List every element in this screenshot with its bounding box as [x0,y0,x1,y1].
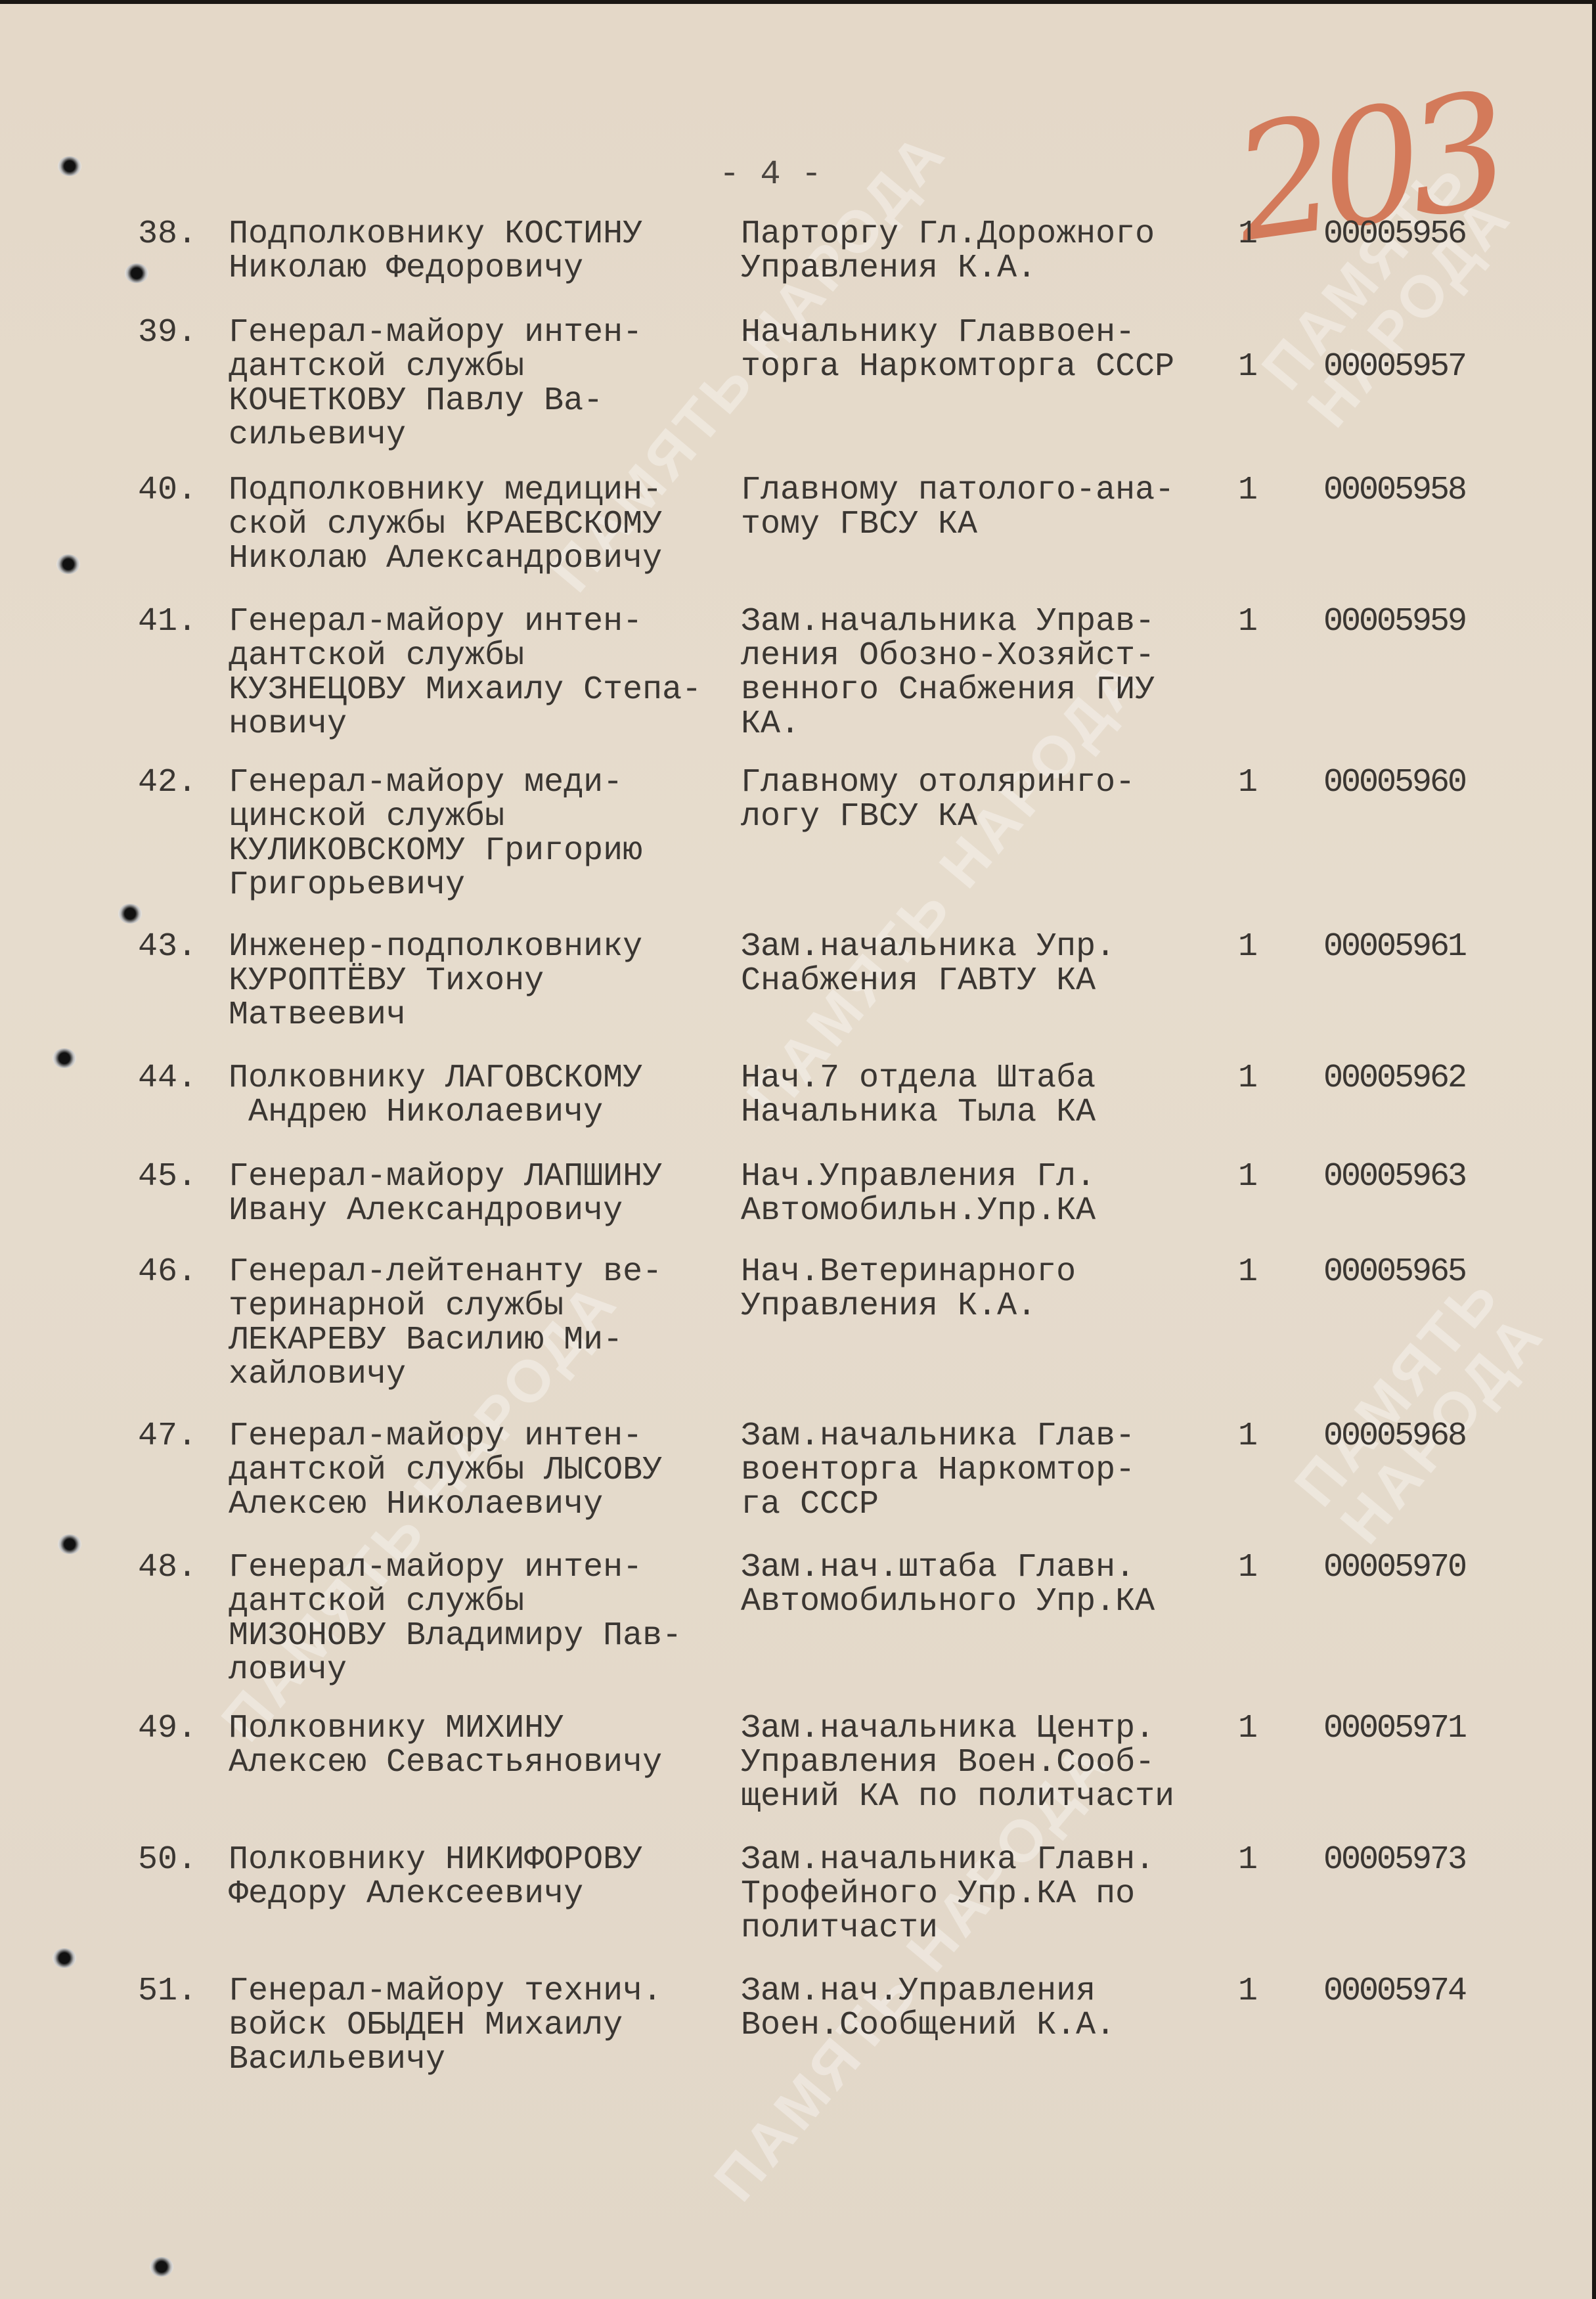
award-quantity: 1 [1238,930,1258,964]
punch-hole [56,554,80,574]
punch-hole [118,904,142,924]
entry-number: 38. [138,217,197,252]
award-number: 00005973 [1323,1843,1465,1877]
entry-number: 48. [138,1551,197,1585]
recipient-name: Инженер-подполковнику КУРОПТЁВУ Тихону М… [229,930,642,1033]
award-quantity: 1 [1238,1160,1258,1194]
award-number: 00005970 [1323,1551,1465,1585]
punch-hole [53,1948,76,1968]
recipient-name: Полковнику МИХИНУ Алексею Севастьяновичу [229,1712,662,1780]
award-quantity: 1 [1238,350,1258,384]
entry-number: 41. [138,605,197,639]
recipient-position: Зам.нач.Управления Воен.Сообщений К.А. [741,1975,1115,2043]
award-quantity: 1 [1238,1975,1258,2009]
award-quantity: 1 [1238,1061,1258,1096]
award-number: 00005959 [1323,605,1465,639]
recipient-position: Зам.начальника Упр. Снабжения ГАВТУ КА [741,930,1115,998]
award-number: 00005960 [1323,766,1465,800]
award-quantity: 1 [1238,1419,1258,1454]
entry-number: 46. [138,1255,197,1289]
award-number: 00005971 [1323,1712,1465,1746]
award-number: 00005965 [1323,1255,1465,1289]
recipient-position: Нач.Управления Гл. Автомобильн.Упр.КА [741,1160,1096,1228]
recipient-name: Подполковнику КОСТИНУ Николаю Федоровичу [229,217,642,286]
entry-number: 39. [138,316,197,350]
recipient-name: Полковнику НИКИФОРОВУ Федору Алексеевичу [229,1843,642,1911]
award-number: 00005968 [1323,1419,1465,1454]
recipient-name: Подполковнику медицин- ской службы КРАЕВ… [229,474,662,576]
recipient-name: Генерал-майору интен- дантской службы ЛЫ… [229,1419,662,1522]
award-quantity: 1 [1238,474,1258,508]
recipient-name: Генерал-майору интен- дантской службы КУ… [229,605,701,742]
watermark: ПАМЯТЬ НАРОДА [1264,1239,1576,1579]
entry-number: 43. [138,930,197,964]
punch-hole [53,1048,76,1068]
punch-hole [58,1534,81,1554]
recipient-name: Полковнику ЛАГОВСКОМУ Андрею Николаевичу [229,1061,642,1130]
entry-number: 44. [138,1061,197,1096]
recipient-position: Зам.начальника Главн. Трофейного Упр.КА … [741,1843,1155,1946]
award-quantity: 1 [1238,766,1258,800]
page-number: - 4 - [719,155,822,194]
award-number: 00005962 [1323,1061,1465,1096]
recipient-position: Главному отоляринго- логу ГВСУ КА [741,766,1135,834]
award-quantity: 1 [1238,217,1258,252]
entry-number: 50. [138,1843,197,1877]
recipient-name: Генерал-лейтенанту ве- теринарной службы… [229,1255,662,1392]
recipient-position: Начальнику Главвоен- торга Наркомторга С… [741,316,1174,384]
award-number: 00005958 [1323,474,1465,508]
recipient-name: Генерал-майору интен- дантской службы КО… [229,316,642,453]
punch-hole [58,156,81,176]
recipient-position: Парторгу Гл.Дорожного Управления К.А. [741,217,1155,286]
recipient-position: Зам.начальника Управ- ления Обозно-Хозяй… [741,605,1155,742]
recipient-name: Генерал-майору меди- цинской службы КУЛИ… [229,766,642,903]
award-quantity: 1 [1238,1843,1258,1877]
award-number: 00005974 [1323,1975,1465,2009]
award-quantity: 1 [1238,605,1258,639]
entry-number: 45. [138,1160,197,1194]
punch-hole [150,2257,173,2277]
recipient-position: Зам.начальника Центр. Управления Воен.Со… [741,1712,1174,1814]
recipient-position: Нач.7 отдела Штаба Начальника Тыла КА [741,1061,1096,1130]
entry-number: 51. [138,1975,197,2009]
recipient-position: Зам.нач.штаба Главн. Автомобильного Упр.… [741,1551,1155,1619]
award-quantity: 1 [1238,1551,1258,1585]
punch-hole [125,263,148,283]
award-quantity: 1 [1238,1255,1258,1289]
recipient-name: Генерал-майору ЛАПШИНУ Ивану Александров… [229,1160,662,1228]
entry-number: 40. [138,474,197,508]
recipient-position: Нач.Ветеринарного Управления К.А. [741,1255,1076,1324]
document-page: ПАМЯТЬ НАРОДА ПАМЯТЬ НАРОДА ПАМЯТЬ НАРОД… [0,4,1592,2299]
recipient-position: Зам.начальника Глав- военторга Наркомтор… [741,1419,1135,1522]
entry-number: 47. [138,1419,197,1454]
entry-number: 42. [138,766,197,800]
award-number: 00005961 [1323,930,1465,964]
recipient-name: Генерал-майору интен- дантской службы МИ… [229,1551,682,1687]
award-number: 00005956 [1323,217,1465,252]
entry-number: 49. [138,1712,197,1746]
award-number: 00005957 [1323,350,1465,384]
recipient-name: Генерал-майору технич. войск ОБЫДЕН Миха… [229,1975,662,2077]
recipient-position: Главному патолого-ана- тому ГВСУ КА [741,474,1174,542]
award-number: 00005963 [1323,1160,1465,1194]
award-quantity: 1 [1238,1712,1258,1746]
